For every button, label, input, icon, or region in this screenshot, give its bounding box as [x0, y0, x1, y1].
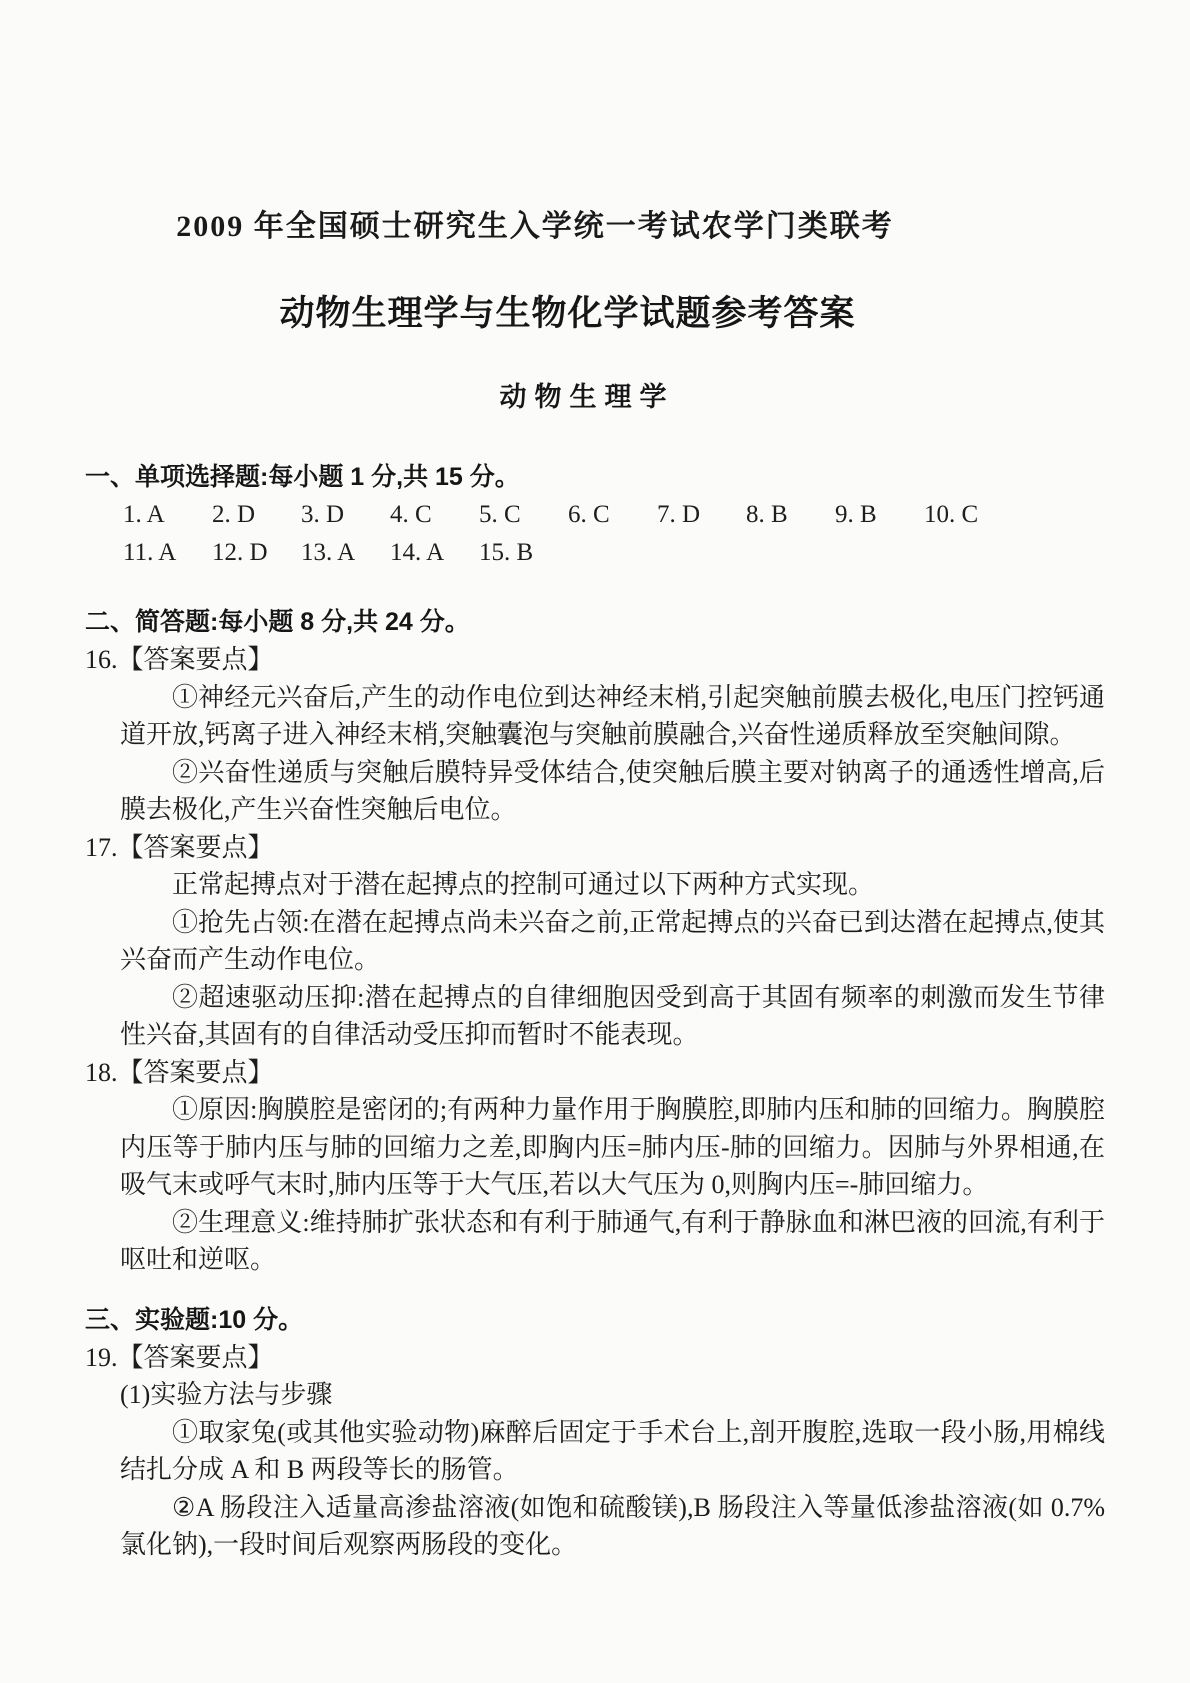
question-19-body: (1)实验方法与步骤 ①取家兔(或其他实验动物)麻醉后固定于手术台上,剖开腹腔,…: [120, 1376, 1105, 1564]
question-17-label: 17.【答案要点】: [85, 829, 1105, 867]
question-18-paragraph-2: ②生理意义:维持肺扩张状态和有利于肺通气,有利于静脉血和淋巴液的回流,有利于呕吐…: [120, 1204, 1105, 1279]
document-title: 2009 年全国硕士研究生入学统一考试农学门类联考: [85, 205, 985, 249]
question-19-paragraph-2: ①取家兔(或其他实验动物)麻醉后固定于手术台上,剖开腹腔,选取一段小肠,用棉线结…: [120, 1414, 1105, 1489]
question-17-paragraph-2: ①抢先占领:在潜在起搏点尚未兴奋之前,正常起搏点的兴奋已到达潜在起搏点,使其兴奋…: [120, 904, 1105, 979]
question-18-number: 18.: [85, 1054, 118, 1092]
document-subtitle: 动物生理学与生物化学试题参考答案: [85, 291, 1050, 337]
section-3-heading: 三、实验题:10 分。: [85, 1301, 1105, 1339]
answers-row-2: 11. A12. D13. A14. A15. B: [123, 534, 1105, 572]
answer-item-13: 13. A: [301, 534, 390, 572]
question-16-bracket-label: 【答案要点】: [118, 641, 274, 679]
answer-item-4: 4. C: [390, 496, 479, 534]
page-content: 2009 年全国硕士研究生入学统一考试农学门类联考 动物生理学与生物化学试题参考…: [0, 205, 1190, 1564]
answers-row-1: 1. A2. D3. D4. C5. C6. C7. D8. B9. B10. …: [123, 496, 1105, 534]
question-17-paragraph-3: ②超速驱动压抑:潜在起搏点的自律细胞因受到高于其固有频率的刺激而发生节律性兴奋,…: [120, 979, 1105, 1054]
question-18-paragraph-1: ①原因:胸膜腔是密闭的;有两种力量作用于胸膜腔,即肺内压和肺的回缩力。胸膜腔内压…: [120, 1091, 1105, 1204]
question-19-paragraph-3: ②A 肠段注入适量高渗盐溶液(如饱和硫酸镁),B 肠段注入等量低渗盐溶液(如 0…: [120, 1489, 1105, 1564]
question-19-paragraph-1: (1)实验方法与步骤: [120, 1376, 1105, 1414]
question-17-body: 正常起搏点对于潜在起搏点的控制可通过以下两种方式实现。 ①抢先占领:在潜在起搏点…: [120, 866, 1105, 1054]
answer-item-12: 12. D: [212, 534, 301, 572]
answer-item-15: 15. B: [479, 534, 533, 572]
question-18-body: ①原因:胸膜腔是密闭的;有两种力量作用于胸膜腔,即肺内压和肺的回缩力。胸膜腔内压…: [120, 1091, 1105, 1279]
answer-item-10: 10. C: [924, 496, 978, 534]
question-16-paragraph-1: ①神经元兴奋后,产生的动作电位到达神经末梢,引起突触前膜去极化,电压门控钙通道开…: [120, 679, 1105, 754]
answer-item-3: 3. D: [301, 496, 390, 534]
question-19-label: 19.【答案要点】: [85, 1339, 1105, 1377]
answer-item-14: 14. A: [390, 534, 479, 572]
question-19-bracket-label: 【答案要点】: [118, 1339, 274, 1377]
section-2-heading: 二、简答题:每小题 8 分,共 24 分。: [85, 603, 1105, 641]
part-title: 动物生理学: [85, 378, 1089, 416]
question-16-number: 16.: [85, 641, 118, 679]
section-1-heading: 一、单项选择题:每小题 1 分,共 15 分。: [85, 458, 1105, 496]
answer-item-11: 11. A: [123, 534, 212, 572]
question-18-bracket-label: 【答案要点】: [118, 1054, 274, 1092]
document-page: 2009 年全国硕士研究生入学统一考试农学门类联考 动物生理学与生物化学试题参考…: [0, 0, 1190, 1683]
answer-item-9: 9. B: [835, 496, 924, 534]
question-19-number: 19.: [85, 1339, 118, 1377]
answer-item-8: 8. B: [746, 496, 835, 534]
question-17-number: 17.: [85, 829, 118, 867]
answer-item-6: 6. C: [568, 496, 657, 534]
answer-item-1: 1. A: [123, 496, 212, 534]
question-16-body: ①神经元兴奋后,产生的动作电位到达神经末梢,引起突触前膜去极化,电压门控钙通道开…: [120, 679, 1105, 829]
question-17-bracket-label: 【答案要点】: [118, 829, 274, 867]
answer-item-7: 7. D: [657, 496, 746, 534]
question-18-label: 18.【答案要点】: [85, 1054, 1105, 1092]
question-16-paragraph-2: ②兴奋性递质与突触后膜特异受体结合,使突触后膜主要对钠离子的通透性增高,后膜去极…: [120, 754, 1105, 829]
question-17-paragraph-1: 正常起搏点对于潜在起搏点的控制可通过以下两种方式实现。: [120, 866, 1105, 904]
question-16-label: 16.【答案要点】: [85, 641, 1105, 679]
answer-item-2: 2. D: [212, 496, 301, 534]
answer-item-5: 5. C: [479, 496, 568, 534]
